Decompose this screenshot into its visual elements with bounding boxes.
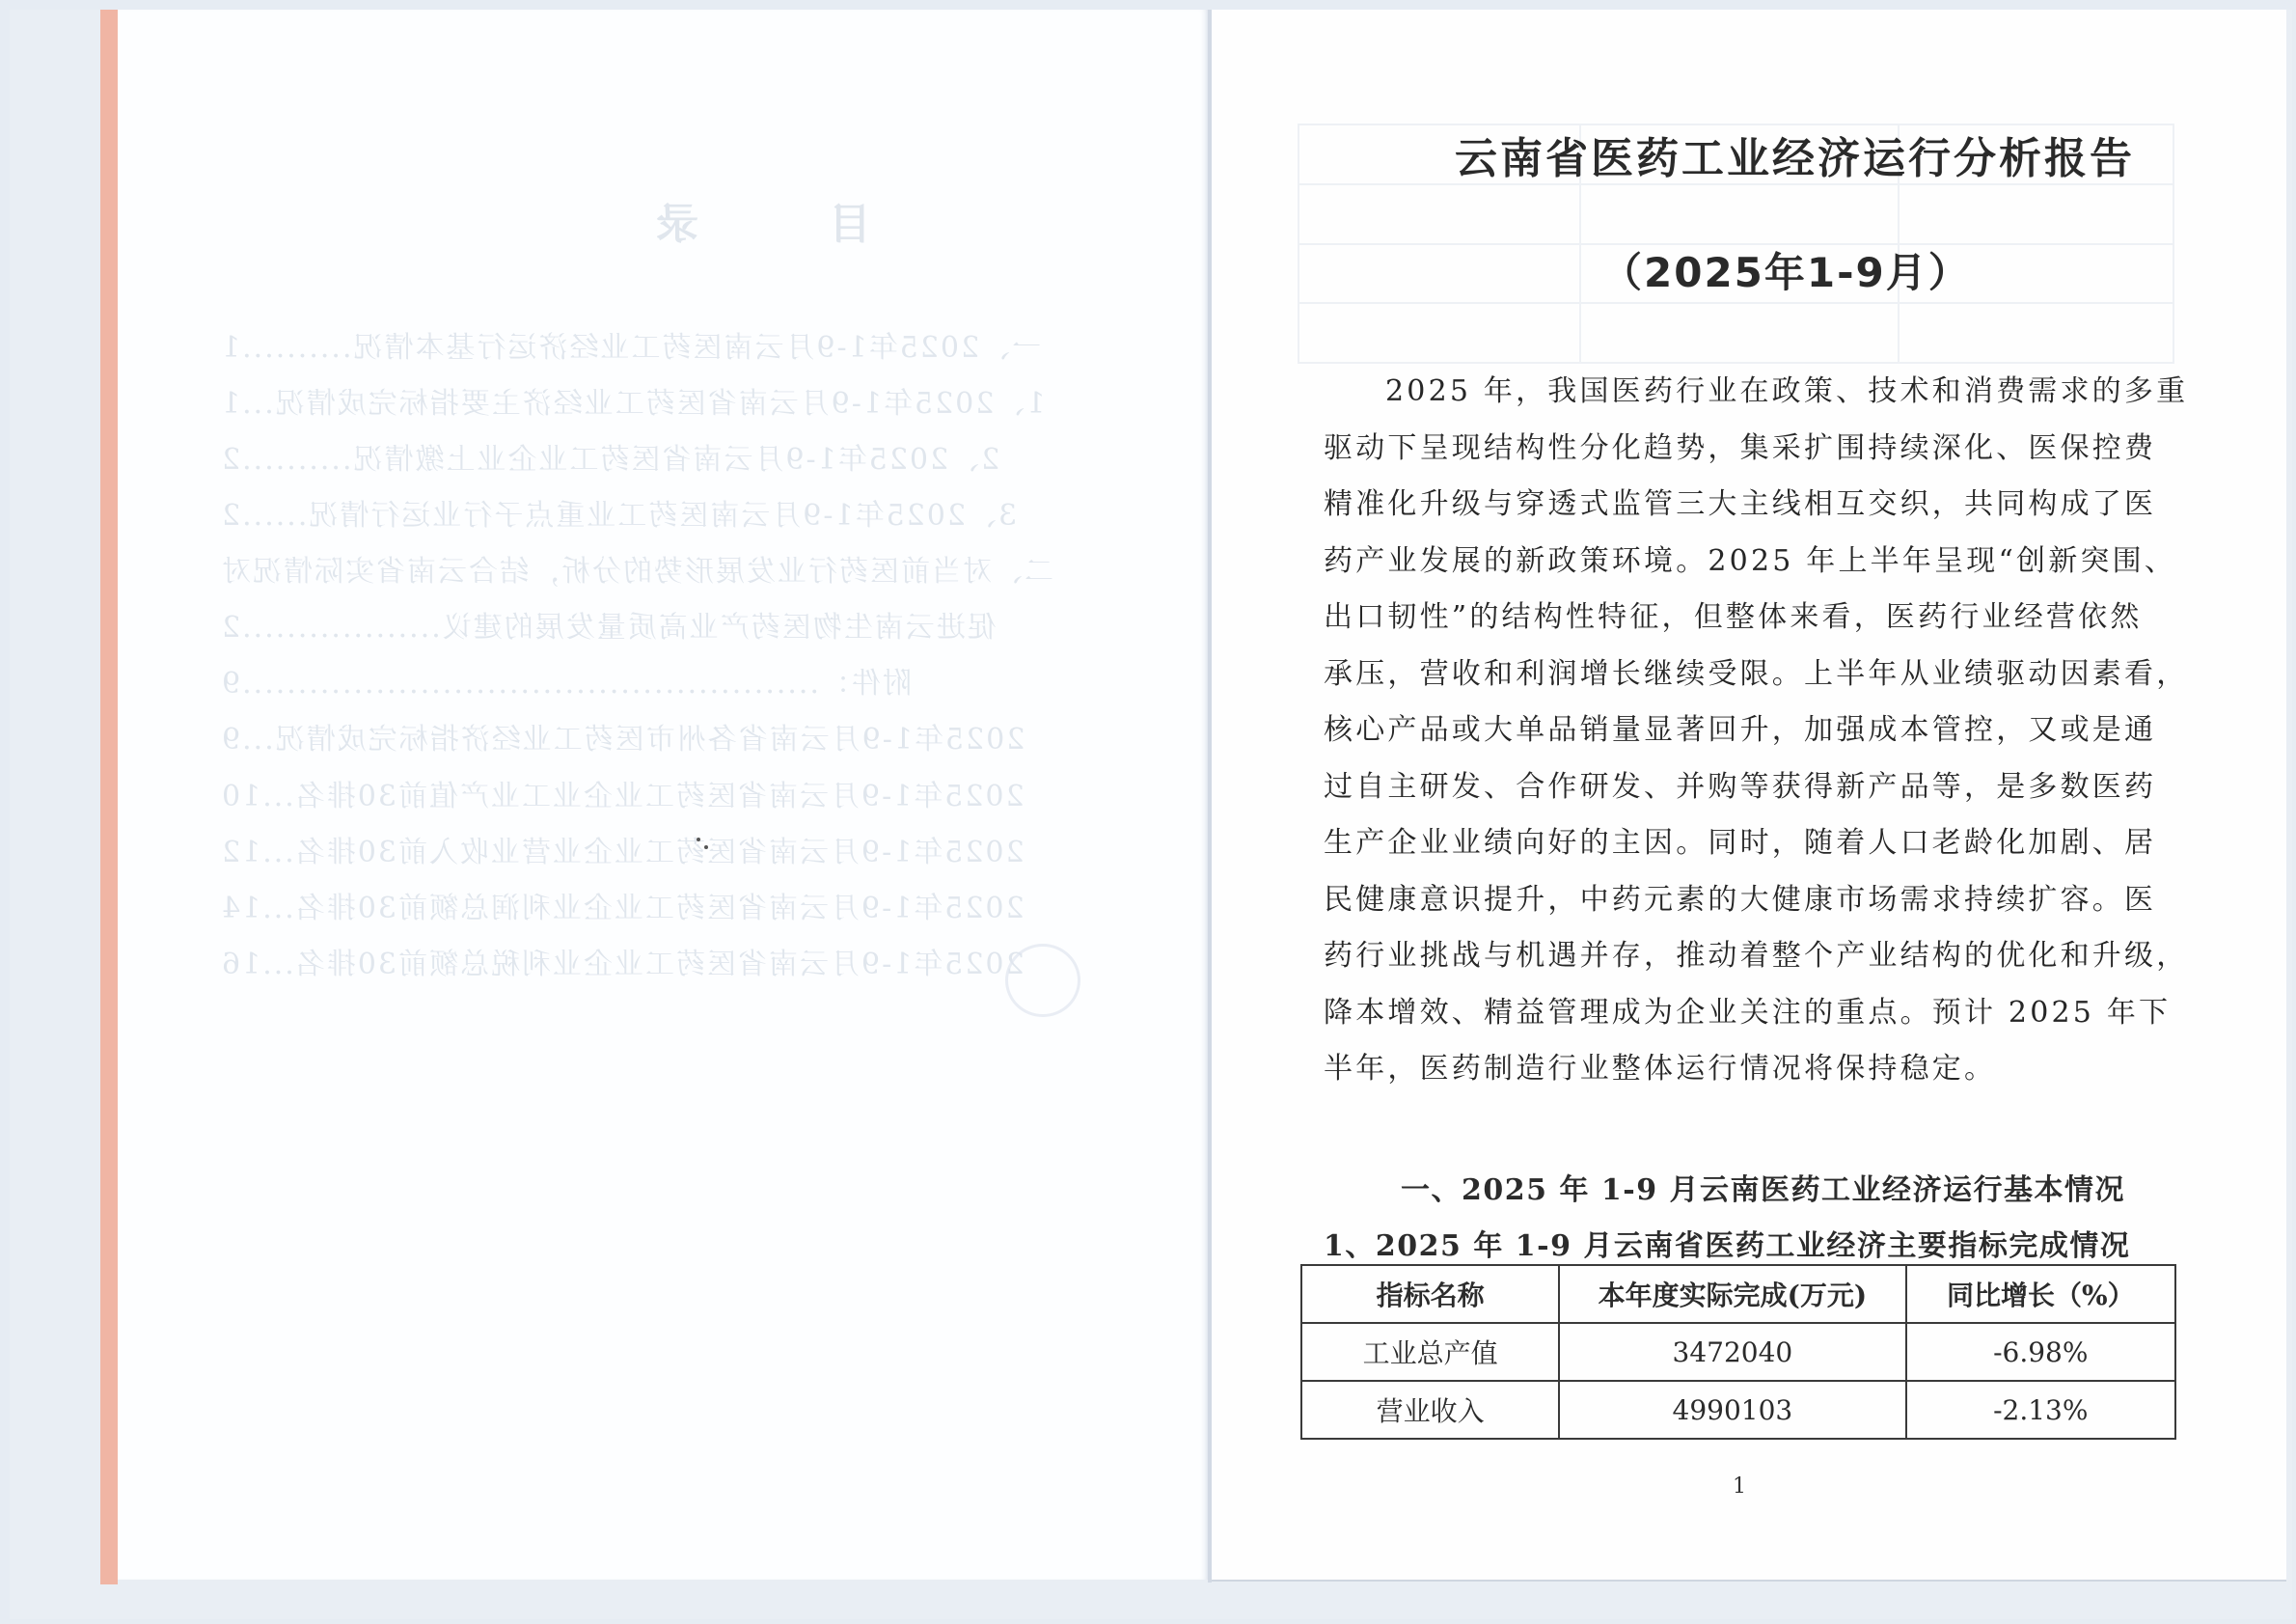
- cell-indicator: 工业总产值: [1301, 1323, 1559, 1381]
- paragraph-line: 驱动下呈现结构性分化趋势，集采扩围持续深化、医保控费: [1324, 421, 2163, 478]
- paragraph-line: 精准化升级与穿透式监管三大主线相互交织，共同构成了医: [1324, 477, 2163, 534]
- section-heading: 一、2025 年 1-9 月云南医药工业经济运行基本情况: [1401, 1166, 2125, 1208]
- report-period: （2025年1-9月）: [1601, 241, 1971, 299]
- cell-growth: -2.13%: [1906, 1381, 2175, 1439]
- toc-item-ghost: 2025年1-9月云南省各州市医药工业经济指标完成情况...9: [220, 715, 1025, 757]
- colored-divider-sheet: [100, 10, 118, 1584]
- faint-seal-stamp: [1005, 944, 1080, 1017]
- header-indicator-name: 指标名称: [1301, 1265, 1559, 1323]
- cell-indicator: 营业收入: [1301, 1381, 1559, 1439]
- cell-growth: -6.98%: [1906, 1323, 2175, 1381]
- paragraph-line: 半年，医药制造行业整体运行情况将保持稳定。: [1324, 1041, 2163, 1098]
- report-title: 云南省医药工业经济运行分析报告: [1455, 124, 2135, 185]
- page-number: 1: [1733, 1474, 1746, 1499]
- kpi-table: 指标名称 本年度实际完成(万元) 同比增长（%） 工业总产值 3472040 -…: [1300, 1264, 2176, 1440]
- toc-item-ghost: 2025年1-9月云南省医药工业企业利润总额前30排名...14: [220, 884, 1025, 926]
- paragraph-line: 出口韧性”的结构性特征，但整体来看，医药行业经营依然: [1324, 590, 2163, 647]
- cell-value: 4990103: [1559, 1381, 1905, 1439]
- toc-item-ghost: 2、2025年1-9月云南省医药工业企业上缴情况..........2: [220, 435, 999, 478]
- toc-item-ghost: 2025年1-9月云南省医药工业企业利税总额前30排名...16: [220, 940, 1025, 982]
- toc-title-ghost: 目 录: [598, 189, 871, 251]
- intro-paragraph: 2025 年，我国医药行业在政策、技术和消费需求的多重 驱动下呈现结构性分化趋势…: [1324, 364, 2163, 1098]
- paragraph-line: 生产企业业绩向好的主因。同时，随着人口老龄化加剧、居: [1324, 815, 2163, 872]
- cell-value: 3472040: [1559, 1323, 1905, 1381]
- toc-item-ghost: 促进云南生物医药产业高质量发展的建议..................2: [220, 603, 997, 646]
- dust-speck: [704, 845, 708, 849]
- toc-item-ghost: 附件：.....................................…: [220, 659, 912, 702]
- toc-item-ghost: 一、2025年1-9月云南医药工业经济运行基本情况..........1: [220, 323, 1041, 366]
- paragraph-line: 民健康意识提升，中药元素的大健康市场需求持续扩容。医: [1324, 872, 2163, 929]
- paragraph-line: 药行业挑战与机遇并存，推动着整个产业结构的优化和升级，: [1324, 928, 2163, 985]
- paragraph-line: 降本增效、精益管理成为企业关注的重点。预计 2025 年下: [1324, 985, 2163, 1042]
- paragraph-line: 核心产品或大单品销量显著回升，加强成本管控，又或是通: [1324, 702, 2163, 759]
- header-yoy-growth: 同比增长（%）: [1906, 1265, 2175, 1323]
- toc-item-ghost: 二、对当前医药行业发展形势的分析，结合云南省实际情况对: [220, 547, 1053, 590]
- paragraph-line: 药产业发展的新政策环境。2025 年上半年呈现“创新突围、: [1324, 534, 2163, 591]
- table-row: 工业总产值 3472040 -6.98%: [1301, 1323, 2175, 1381]
- table-row: 营业收入 4990103 -2.13%: [1301, 1381, 2175, 1439]
- toc-item-ghost: 2025年1-9月云南省医药工业企业工业产值前30排名...10: [220, 772, 1025, 814]
- paragraph-line: 2025 年，我国医药行业在政策、技术和消费需求的多重: [1324, 364, 2163, 421]
- paragraph-line: 承压，营收和利润增长继续受限。上半年从业绩驱动因素看，: [1324, 647, 2163, 703]
- header-actual-value: 本年度实际完成(万元): [1559, 1265, 1905, 1323]
- toc-item-ghost: 2025年1-9月云南省医药工业企业营业收入前30排名...12: [220, 828, 1025, 870]
- toc-item-ghost: 1、2025年1-9月云南省医药工业经济主要指标完成情况...1: [220, 379, 1045, 422]
- toc-item-ghost: 3、2025年1-9月云南医药工业重点子行业运行情况......2: [220, 491, 1017, 534]
- table-header-row: 指标名称 本年度实际完成(万元) 同比增长（%）: [1301, 1265, 2175, 1323]
- dust-speck: [697, 838, 700, 841]
- paragraph-line: 过自主研发、合作研发、并购等获得新产品等，是多数医药: [1324, 759, 2163, 816]
- subsection-heading: 1、2025 年 1-9 月云南省医药工业经济主要指标完成情况: [1324, 1222, 2130, 1264]
